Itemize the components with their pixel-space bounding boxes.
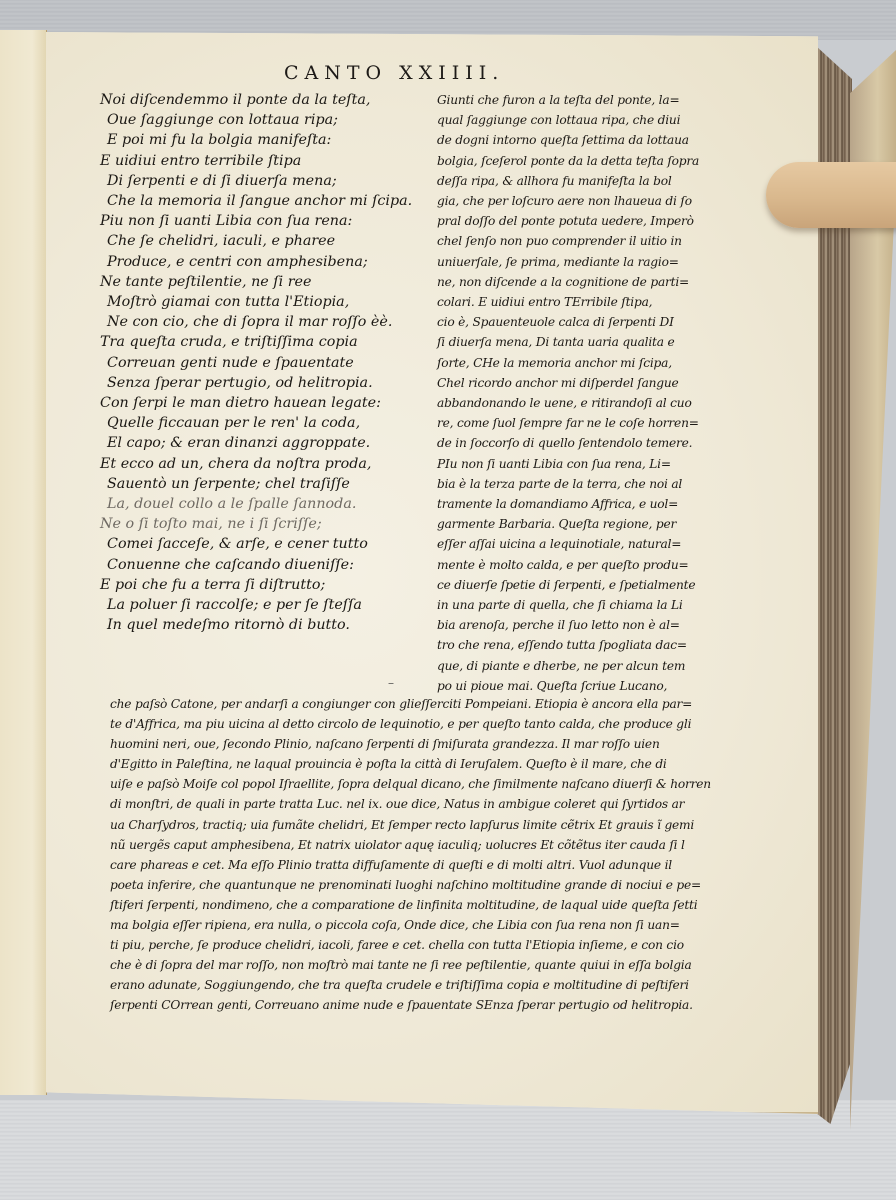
- commentary-line: PIu non ſi uanti Libia con ſua rena, Li=: [437, 454, 699, 474]
- verse-line: Moſtrò giamai con tutta l'Etiopia,: [100, 292, 450, 312]
- commentary-line: ma bolgia eſſer ripiena, era nulla, o pi…: [110, 915, 710, 935]
- commentary-line: di monſtri, de quali in parte tratta Luc…: [110, 794, 710, 814]
- commentary-line: bia arenoſa, perche il ſuo letto non è a…: [437, 615, 699, 635]
- commentary-column: Giunti che furon a la teſta del ponte, l…: [437, 90, 699, 696]
- commentary-full-width: che paſsò Catone, per andarſi a congiung…: [110, 694, 710, 1016]
- commentary-line: ti piu, perche, ſe produce chelidri, iac…: [110, 935, 710, 955]
- commentary-line: eſſer aſſai uicina a lequinotiale, natur…: [437, 534, 699, 554]
- commentary-line: tro che rena, eſſendo tutta ſpogliata da…: [437, 635, 699, 655]
- commentary-line: colari. E uidiui entro TErribile ſtipa,: [437, 292, 699, 312]
- verse-line: Con ſerpi le man dietro hauean legate:: [100, 393, 450, 413]
- commentary-line: te d'Affrica, ma piu uicina al detto cir…: [110, 714, 710, 734]
- verse-line: Che la memoria il ſangue anchor mi ſcipa…: [100, 191, 450, 211]
- commentary-line: nũ uergẽs caput amphesibena, Et natrix u…: [110, 835, 710, 855]
- commentary-line: bia è la terza parte de la terra, che no…: [437, 474, 699, 494]
- commentary-line: che paſsò Catone, per andarſi a congiung…: [110, 694, 710, 714]
- verse-line: In quel medeſmo ritornò di butto.: [100, 615, 450, 635]
- commentary-line: Giunti che furon a la teſta del ponte, l…: [437, 90, 699, 110]
- commentary-line: ce diuerſe ſpetie di ſerpenti, e ſpetial…: [437, 575, 699, 595]
- commentary-line: ne, non diſcende a la cognitione de part…: [437, 272, 699, 292]
- verse-line: Senza ſperar pertugio, od helitropia.: [100, 373, 450, 393]
- commentary-line: tramente la domandiamo Affrica, e uol=: [437, 494, 699, 514]
- verse-line: Che ſe chelidri, iaculi, e pharee: [100, 231, 450, 251]
- verse-line: Ne tante peſtilentie, ne ſi ree: [100, 272, 450, 292]
- commentary-line: in una parte di quella, che ſi chiama la…: [437, 595, 699, 615]
- commentary-line: ua Charſydros, tractiq; uia fumãte cheli…: [110, 815, 710, 835]
- facing-page-edge: [0, 30, 47, 1095]
- commentary-line: gia, che per loſcuro aere non lhaueua di…: [437, 191, 699, 211]
- verse-column: Noi diſcendemmo il ponte da la teſta,Oue…: [100, 90, 450, 635]
- verse-line: Di ſerpenti e di ſi diuerſa mena;: [100, 171, 450, 191]
- commentary-line: huomini neri, oue, ſecondo Plinio, naſca…: [110, 734, 710, 754]
- verse-line: Tra queſta cruda, e triſtiſſima copia: [100, 332, 450, 352]
- commentary-line: mente è molto calda, e per queſto produ=: [437, 555, 699, 575]
- verse-line: Piu non ſi uanti Libia con ſua rena:: [100, 211, 450, 231]
- verse-line: E poi mi fu la bolgia manifeſta:: [100, 130, 450, 150]
- verse-line: Ne o ſi toſto mai, ne i ſi ſcriſſe;: [100, 514, 450, 534]
- commentary-line: ſtiferi ſerpenti, nondimeno, che a compa…: [110, 895, 710, 915]
- commentary-line: de in ſoccorſo di quello ſentendolo teme…: [437, 433, 699, 453]
- commentary-line: poeta inferire, che quantunque ne prenom…: [110, 875, 710, 895]
- background-bottom: [0, 1100, 896, 1200]
- commentary-line: ſi diuerſa mena, Di tanta uaria qualita …: [437, 332, 699, 352]
- verse-line: La, douel collo a le ſpalle ſannoda.: [100, 494, 450, 514]
- commentary-line: care phareas e cet. Ma eſſo Plinio tratt…: [110, 855, 710, 875]
- running-head: CANTO XXIIII.: [284, 62, 504, 84]
- commentary-line: ſerpenti COrrean genti, Correuano anime …: [110, 995, 710, 1015]
- commentary-line: de dogni intorno queſta ſettima da lotta…: [437, 130, 699, 150]
- verse-line: La poluer ſi raccolſe; e per ſe ſteſſa: [100, 595, 450, 615]
- commentary-line: uiſe e paſsò Moiſe col popol Iſraellite,…: [110, 774, 710, 794]
- verse-line: Quelle ficcauan per le ren' la coda,: [100, 413, 450, 433]
- commentary-line: Chel ricordo anchor mi diſperdel ſangue: [437, 373, 699, 393]
- commentary-line: que, di piante e dherbe, ne per alcun te…: [437, 656, 699, 676]
- commentary-line: chel ſenſo non puo comprender il uitio i…: [437, 231, 699, 251]
- stray-mark: –: [388, 676, 394, 690]
- verse-line: Comei ſacceſe, & arſe, e cener tutto: [100, 534, 450, 554]
- wooden-page-weight: [766, 162, 896, 228]
- verse-line: Sauentò un ſerpente; chel traſiſſe: [100, 474, 450, 494]
- verse-line: Oue ſaggiunge con lottaua ripa;: [100, 110, 450, 130]
- commentary-line: ſorte, CHe la memoria anchor mi ſcipa,: [437, 353, 699, 373]
- commentary-line: abbandonando le uene, e ritirandoſi al c…: [437, 393, 699, 413]
- commentary-line: deſſa ripa, & allhora fu manifeſta la bo…: [437, 171, 699, 191]
- commentary-line: pral doſſo del ponte potuta uedere, Impe…: [437, 211, 699, 231]
- commentary-line: qual ſaggiunge con lottaua ripa, che diu…: [437, 110, 699, 130]
- verse-line: E uidiui entro terribile ſtipa: [100, 151, 450, 171]
- verse-line: El capo; & eran dinanzi aggroppate.: [100, 433, 450, 453]
- commentary-line: re, come ſuol ſempre far ne le coſe horr…: [437, 413, 699, 433]
- verse-line: Ne con cio, che di ſopra il mar roſſo èè…: [100, 312, 450, 332]
- verse-line: Noi diſcendemmo il ponte da la teſta,: [100, 90, 450, 110]
- commentary-line: erano adunate, Soggiungendo, che tra que…: [110, 975, 710, 995]
- commentary-line: d'Egitto in Paleſtina, ne laqual prouinc…: [110, 754, 710, 774]
- verse-line: Correuan genti nude e ſpauentate: [100, 353, 450, 373]
- verse-line: Conuenne che caſcando diueniſſe:: [100, 555, 450, 575]
- commentary-line: cio è, Spauenteuole calca di ſerpenti DI: [437, 312, 699, 332]
- verse-line: E poi che fu a terra ſi diſtrutto;: [100, 575, 450, 595]
- commentary-line: che è di ſopra del mar roſſo, non moſtrò…: [110, 955, 710, 975]
- commentary-line: uniuerſale, ſe prima, mediante la ragio=: [437, 252, 699, 272]
- commentary-line: bolgia, ſceſerol ponte da la detta teſta…: [437, 151, 699, 171]
- verse-line: Produce, e centri con amphesibena;: [100, 252, 450, 272]
- verse-line: Et ecco ad un, chera da noſtra proda,: [100, 454, 450, 474]
- commentary-line: garmente Barbaria. Queſta regione, per: [437, 514, 699, 534]
